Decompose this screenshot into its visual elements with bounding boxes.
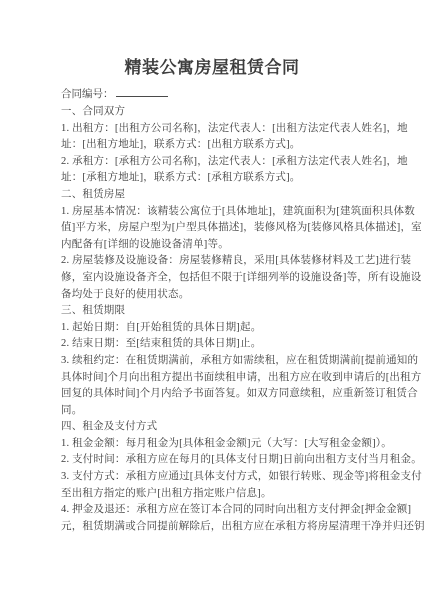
document-line: 同。	[61, 403, 393, 420]
document-line: 修，室内设施设备齐全，包括但不限于[详细列举的设施设备]等，所有设施设	[61, 270, 393, 287]
document-line: 回复的具体时间]个月内给予书面答复。如双方同意续租，应重新签订租赁合	[61, 386, 393, 403]
document-line: 址：[承租方地址]，联系方式：[承租方联系方式]。	[61, 170, 393, 187]
document-line: 2. 支付时间：承租方应在每月的[具体支付日期]日前向出租方支付当月租金。	[61, 452, 393, 469]
document-line: 3. 支付方式：承租方应通过[具体支付方式，如银行转账、现金等]将租金支付	[61, 469, 393, 486]
section-heading: 三、租赁期限	[61, 303, 393, 320]
document-line: 2. 结束日期：至[结束租赁的具体日期]止。	[61, 336, 393, 353]
document-line: 1. 租金金额：每月租金为[具体租金金额]元（大写：[大写租金金额]）。	[61, 436, 393, 453]
contract-number-blank	[116, 86, 168, 97]
document-line: 具体时间]个月向出租方提出书面续租申请，出租方应在收到申请后的[出租方	[61, 370, 393, 387]
document-body: 一、合同双方 1. 出租方：[出租方公司名称]，法定代表人：[出租方法定代表人姓…	[61, 104, 393, 535]
document-line: 至出租方指定的账户[出租方指定账户信息]。	[61, 486, 393, 503]
document-line: 1. 出租方：[出租方公司名称]，法定代表人：[出租方法定代表人姓名]，地	[61, 121, 393, 138]
document-line: 4. 押金及退还：承租方应在签订本合同的同时向出租方支付押金[押金金额]	[61, 502, 393, 519]
document-line: 址：[出租方地址]，联系方式：[出租方联系方式]。	[61, 137, 393, 154]
section-heading: 一、合同双方	[61, 104, 393, 121]
document-line: 2. 房屋装修及设施设备：房屋装修精良，采用[具体装修材料及工艺]进行装	[61, 253, 393, 270]
document-title: 精装公寓房屋租赁合同	[0, 53, 424, 78]
document-line: 1. 房屋基本情况：该精装公寓位于[具体地址]，建筑面积为[建筑面积具体数	[61, 204, 393, 221]
contract-number-row: 合同编号：	[61, 86, 168, 102]
document-line: 值]平方米，房屋户型为[户型具体描述]，装修风格为[装修风格具体描述]，室	[61, 220, 393, 237]
document-page: 精装公寓房屋租赁合同 合同编号： 一、合同双方 1. 出租方：[出租方公司名称]…	[0, 0, 424, 600]
document-line: 内配备有[详细的设施设备清单]等。	[61, 237, 393, 254]
section-heading: 二、租赁房屋	[61, 187, 393, 204]
document-line: 备均处于良好的使用状态。	[61, 287, 393, 304]
document-line: 2. 承租方：[承租方公司名称]，法定代表人：[承租方法定代表人姓名]，地	[61, 154, 393, 171]
document-line: 1. 起始日期：自[开始租赁的具体日期]起。	[61, 320, 393, 337]
document-line: 3. 续租约定：在租赁期满前，承租方如需续租，应在租赁期满前[提前通知的	[61, 353, 393, 370]
section-heading: 四、租金及支付方式	[61, 419, 393, 436]
document-line: 元，租赁期满或合同提前解除后，出租方应在承租方将房屋清理干净并归还钥	[61, 519, 393, 536]
contract-number-label: 合同编号：	[61, 89, 114, 100]
